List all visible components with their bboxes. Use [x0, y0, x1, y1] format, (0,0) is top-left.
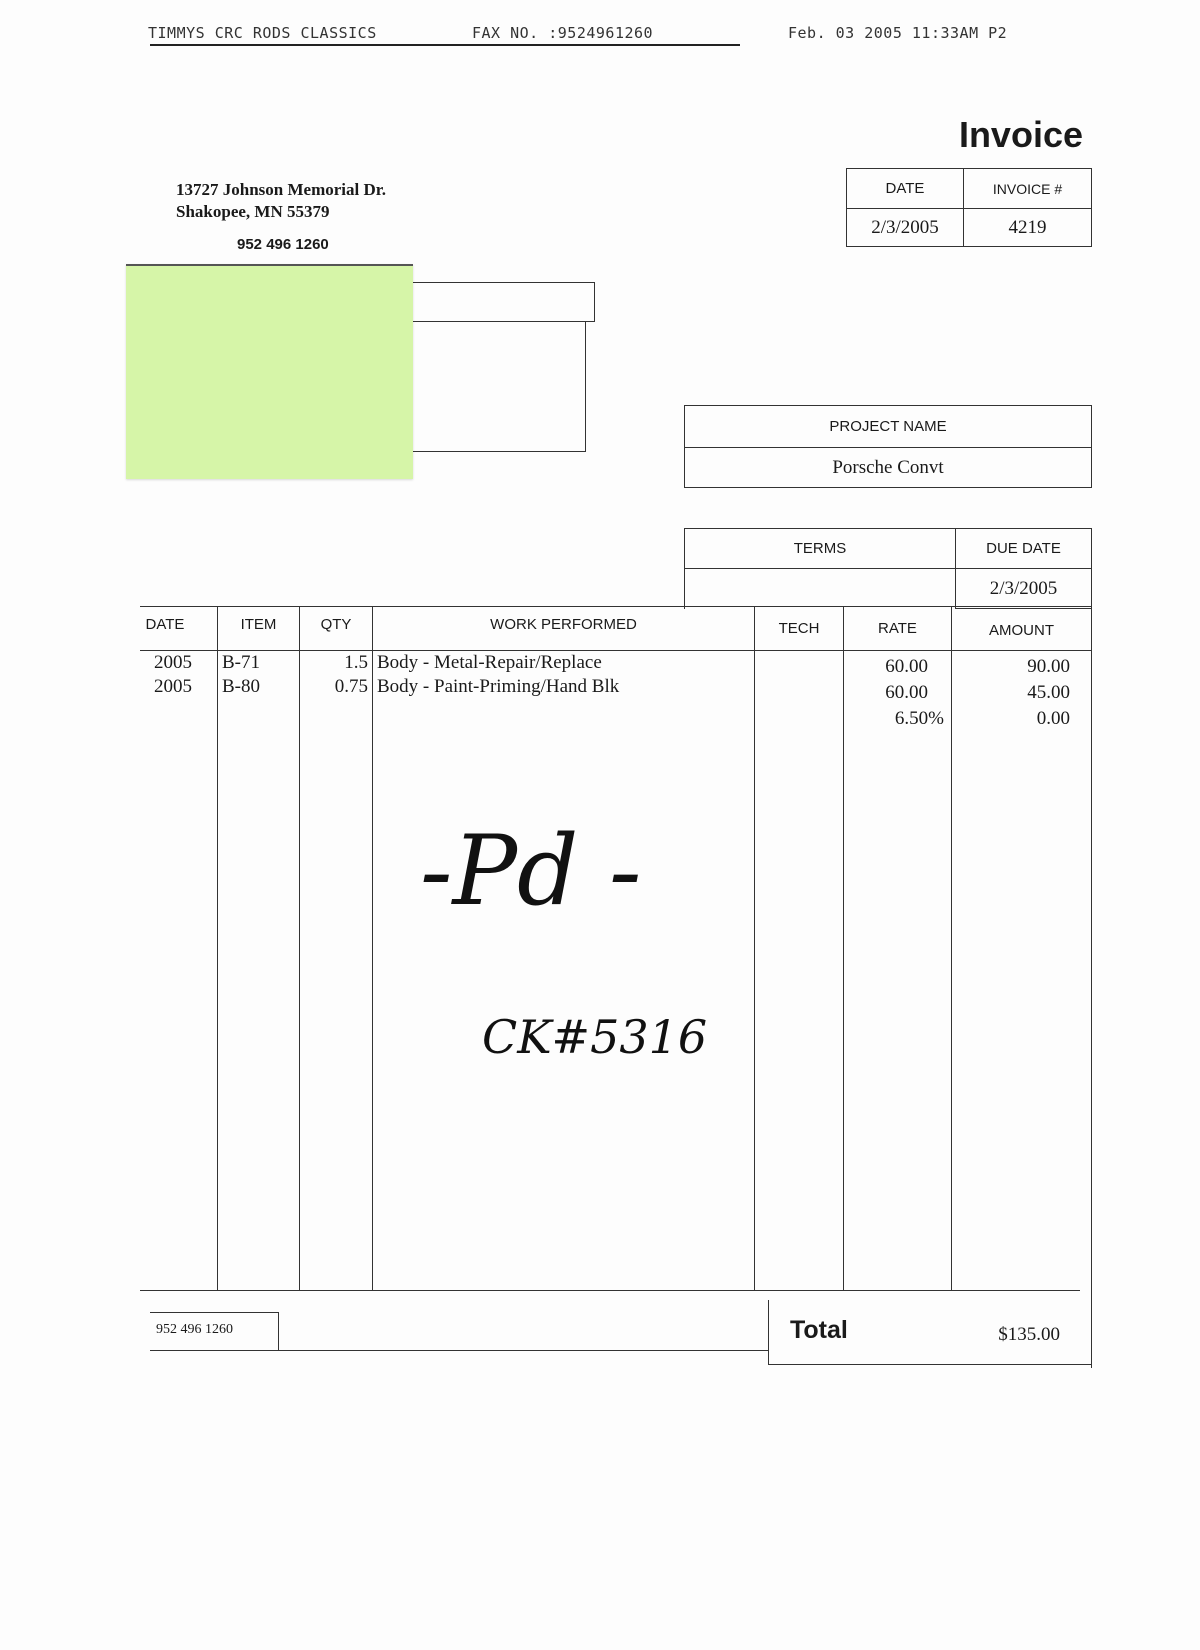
row-1-amount: 90.00: [952, 656, 1070, 678]
row-1-work: Body - Metal-Repair/Replace: [377, 652, 602, 674]
invoice-number-value: 4219: [964, 209, 1092, 247]
fax-header-rule: [150, 44, 740, 46]
address-line-1: 13727 Johnson Memorial Dr.: [176, 180, 386, 200]
invoice-number-label: INVOICE #: [964, 169, 1092, 209]
col-header-tech: TECH: [755, 620, 843, 637]
total-value: $135.00: [960, 1324, 1060, 1346]
fax-sender: TIMMYS CRC RODS CLASSICS: [148, 24, 377, 42]
row-2-item: B-80: [222, 676, 260, 698]
fax-number: FAX NO. :9524961260: [472, 24, 653, 42]
col-header-item: ITEM: [218, 616, 299, 633]
total-label: Total: [790, 1316, 848, 1345]
project-name-value: Porsche Convt: [685, 448, 1092, 488]
col-header-qty: QTY: [300, 616, 372, 633]
project-name-label: PROJECT NAME: [685, 406, 1092, 448]
terms-table: TERMS DUE DATE 2/3/2005: [684, 528, 1092, 609]
col-header-rate: RATE: [844, 620, 951, 637]
footer-phone: 952 496 1260: [156, 1322, 233, 1338]
col-header-amount: AMOUNT: [952, 622, 1091, 639]
terms-label: TERMS: [685, 529, 956, 569]
invoice-title: Invoice: [959, 114, 1083, 156]
row-2-amount: 45.00: [952, 682, 1070, 704]
row-2-rate: 60.00: [844, 682, 928, 704]
invoice-date-value: 2/3/2005: [847, 209, 964, 247]
row-1-date: 2005: [140, 652, 192, 674]
terms-value: [685, 569, 956, 609]
row-2-date: 2005: [140, 676, 192, 698]
row-3-amount: 0.00: [952, 708, 1070, 730]
bill-to-box: [410, 283, 594, 450]
row-2-work: Body - Paint-Priming/Hand Blk: [377, 676, 619, 698]
sticky-note-redaction: [126, 264, 413, 479]
row-3-tax-rate: 6.50%: [844, 708, 944, 730]
date-label: DATE: [847, 169, 964, 209]
row-2-qty: 0.75: [300, 676, 368, 698]
row-1-item: B-71: [222, 652, 260, 674]
handwritten-paid-mark: -Pd -: [420, 815, 641, 927]
row-1-rate: 60.00: [844, 656, 928, 678]
due-date-value: 2/3/2005: [956, 569, 1092, 609]
address-line-2: Shakopee, MN 55379: [176, 202, 329, 222]
fax-datetime-page: Feb. 03 2005 11:33AM P2: [788, 24, 1007, 42]
invoice-meta-table: DATE INVOICE # 2/3/2005 4219: [846, 168, 1092, 247]
due-date-label: DUE DATE: [956, 529, 1092, 569]
row-1-qty: 1.5: [300, 652, 368, 674]
company-phone: 952 496 1260: [237, 236, 329, 253]
project-table: PROJECT NAME Porsche Convt: [684, 405, 1092, 488]
col-header-date: DATE: [140, 616, 190, 633]
col-header-work: WORK PERFORMED: [373, 616, 754, 633]
handwritten-check-number: CK#5316: [482, 1010, 707, 1064]
